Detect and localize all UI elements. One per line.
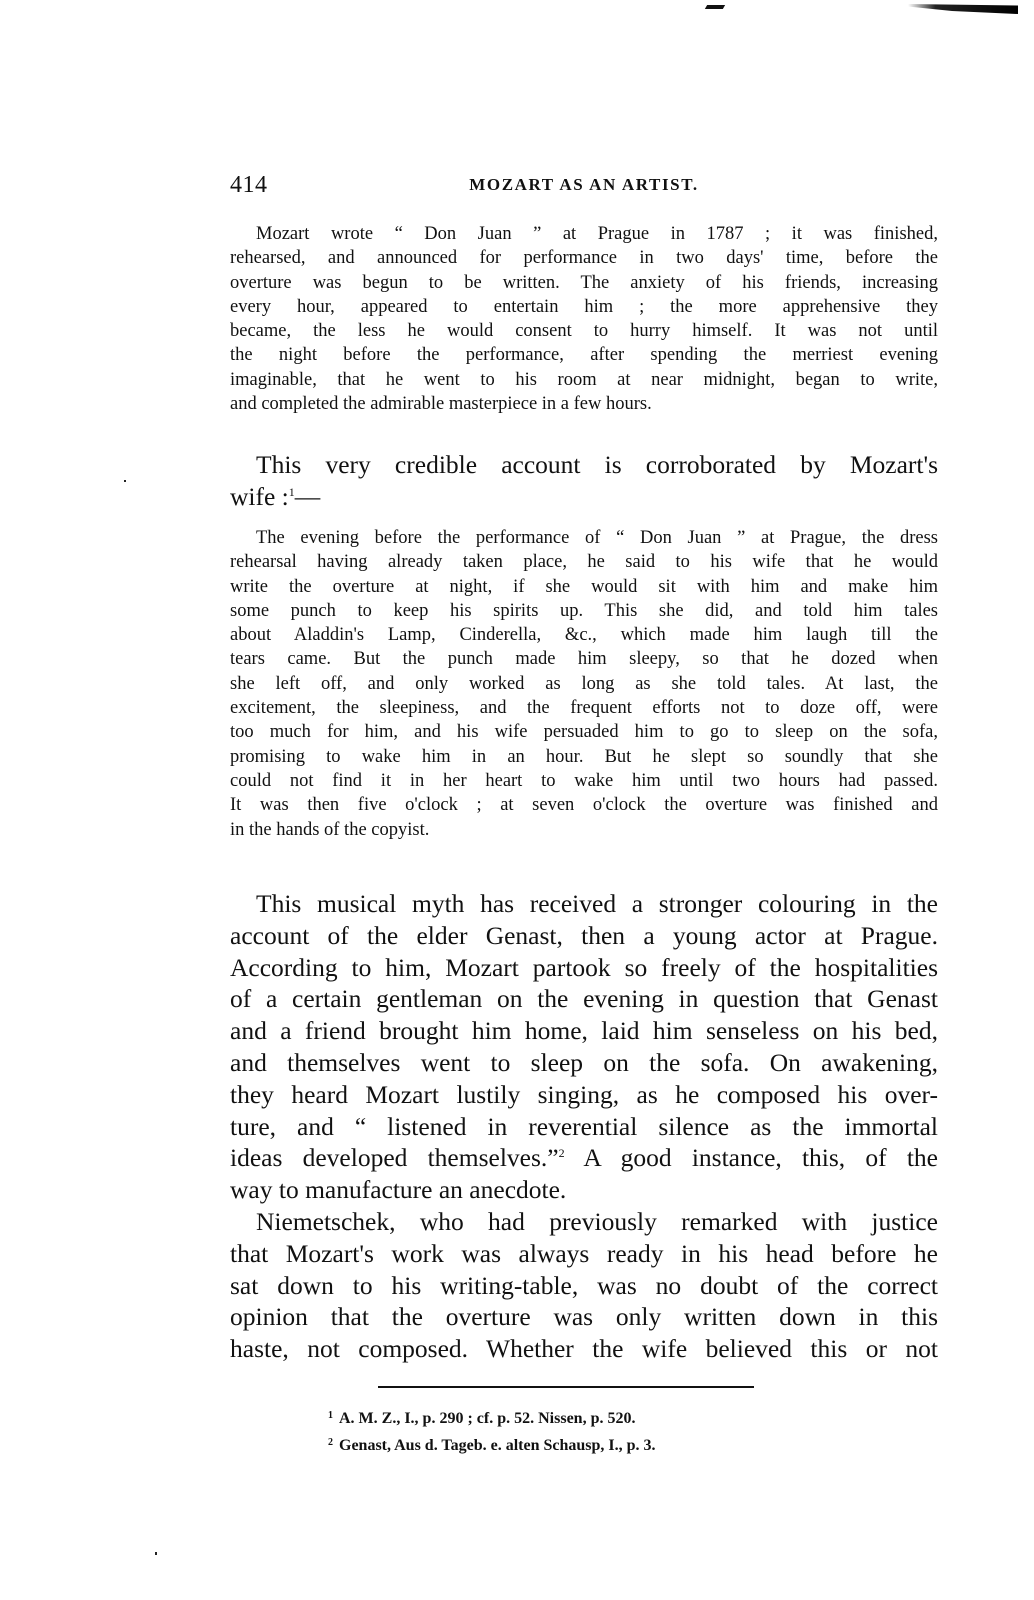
scan-speck — [155, 1552, 157, 1555]
text-line: way to manufacture an anecdote. — [230, 1174, 938, 1206]
text-fragment: — — [295, 482, 321, 511]
text-line: haste, not composed. Whether the wife be… — [230, 1333, 938, 1365]
text-line: of a certain gentleman on the evening in… — [230, 983, 938, 1015]
text-line: excitement, the sleepiness, and the freq… — [230, 696, 938, 720]
text-line: account of the elder Genast, then a youn… — [230, 920, 938, 952]
text-line: Mozart wrote “ Don Juan ” at Prague in 1… — [230, 222, 938, 246]
paragraph-1: Mozart wrote “ Don Juan ” at Prague in 1… — [230, 222, 938, 416]
text-line: This musical myth has received a stronge… — [230, 888, 938, 920]
footnote-divider — [378, 1386, 754, 1388]
text-line: opinion that the overture was only writt… — [230, 1301, 938, 1333]
footnote-text: A. M. Z., I., p. 290 ; cf. p. 52. Nissen… — [339, 1410, 635, 1427]
footnote-1: 1A. M. Z., I., p. 290 ; cf. p. 52. Nisse… — [328, 1404, 888, 1431]
text-line: The evening before the performance of “ … — [230, 526, 938, 550]
text-line: This very credible account is corroborat… — [230, 449, 938, 481]
text-line: ture, and “ listened in reverential sile… — [230, 1111, 938, 1143]
text-line: that Mozart's work was always ready in h… — [230, 1238, 938, 1270]
text-line: every hour, appeared to entertain him ; … — [230, 295, 938, 319]
text-line: ideas developed themselves.”2 A good ins… — [230, 1142, 938, 1174]
text-line: became, the less he would consent to hur… — [230, 319, 938, 343]
footnotes: 1A. M. Z., I., p. 290 ; cf. p. 52. Nisse… — [328, 1404, 888, 1458]
text-line: about Aladdin's Lamp, Cinderella, &c., w… — [230, 623, 938, 647]
text-line: and completed the admirable masterpiece … — [230, 392, 938, 416]
text-line: Niemetschek, who had previously remarked… — [230, 1206, 938, 1238]
footnote-text: Genast, Aus d. Tageb. e. alten Schausp, … — [339, 1437, 656, 1454]
footnote-mark: 2 — [328, 1437, 333, 1448]
text-line: the night before the performance, after … — [230, 343, 938, 367]
footnote-2: 2Genast, Aus d. Tageb. e. alten Schausp,… — [328, 1431, 888, 1458]
text-fragment: ideas developed themselves.” — [230, 1143, 559, 1172]
text-fragment: A good instance, this, of the — [565, 1143, 938, 1172]
text-line: rehearsed, and announced for performance… — [230, 246, 938, 270]
footnote-mark: 1 — [328, 1410, 333, 1421]
paragraph-4: This musical myth has received a stronge… — [230, 888, 938, 1206]
text-line: tears came. But the punch made him sleep… — [230, 647, 938, 671]
running-title: MOZART AS AN ARTIST. — [230, 175, 938, 195]
text-fragment: wife : — [230, 482, 289, 511]
text-line: rehearsal having already taken place, he… — [230, 550, 938, 574]
text-line: in the hands of the copyist. — [230, 818, 938, 842]
paragraph-2: This very credible account is corroborat… — [230, 449, 938, 513]
text-line: overture was begun to be written. The an… — [230, 271, 938, 295]
scan-speck — [124, 480, 126, 482]
running-head: 414 MOZART AS AN ARTIST. — [230, 172, 938, 196]
text-line: sat down to his writing-table, was no do… — [230, 1270, 938, 1302]
text-line: they heard Mozart lustily singing, as he… — [230, 1079, 938, 1111]
text-line: could not find it in her heart to wake h… — [230, 769, 938, 793]
text-line: promising to wake him in an hour. But he… — [230, 745, 938, 769]
text-line: It was then five o'clock ; at seven o'cl… — [230, 793, 938, 817]
text-line: some punch to keep his spirits up. This … — [230, 599, 938, 623]
text-line: too much for him, and his wife persuaded… — [230, 720, 938, 744]
paragraph-5: Niemetschek, who had previously remarked… — [230, 1206, 938, 1365]
text-line: wife :1— — [230, 481, 938, 513]
scan-artifact-smudge — [908, 4, 1018, 14]
scan-artifact-mark — [705, 5, 725, 9]
text-line: and themselves went to sleep on the sofa… — [230, 1047, 938, 1079]
text-line: write the overture at night, if she woul… — [230, 575, 938, 599]
text-line: imaginable, that he went to his room at … — [230, 368, 938, 392]
text-line: According to him, Mozart partook so free… — [230, 952, 938, 984]
text-line: and a friend brought him home, laid him … — [230, 1015, 938, 1047]
paragraph-3-quotation: The evening before the performance of “ … — [230, 526, 938, 842]
text-line: she left off, and only worked as long as… — [230, 672, 938, 696]
